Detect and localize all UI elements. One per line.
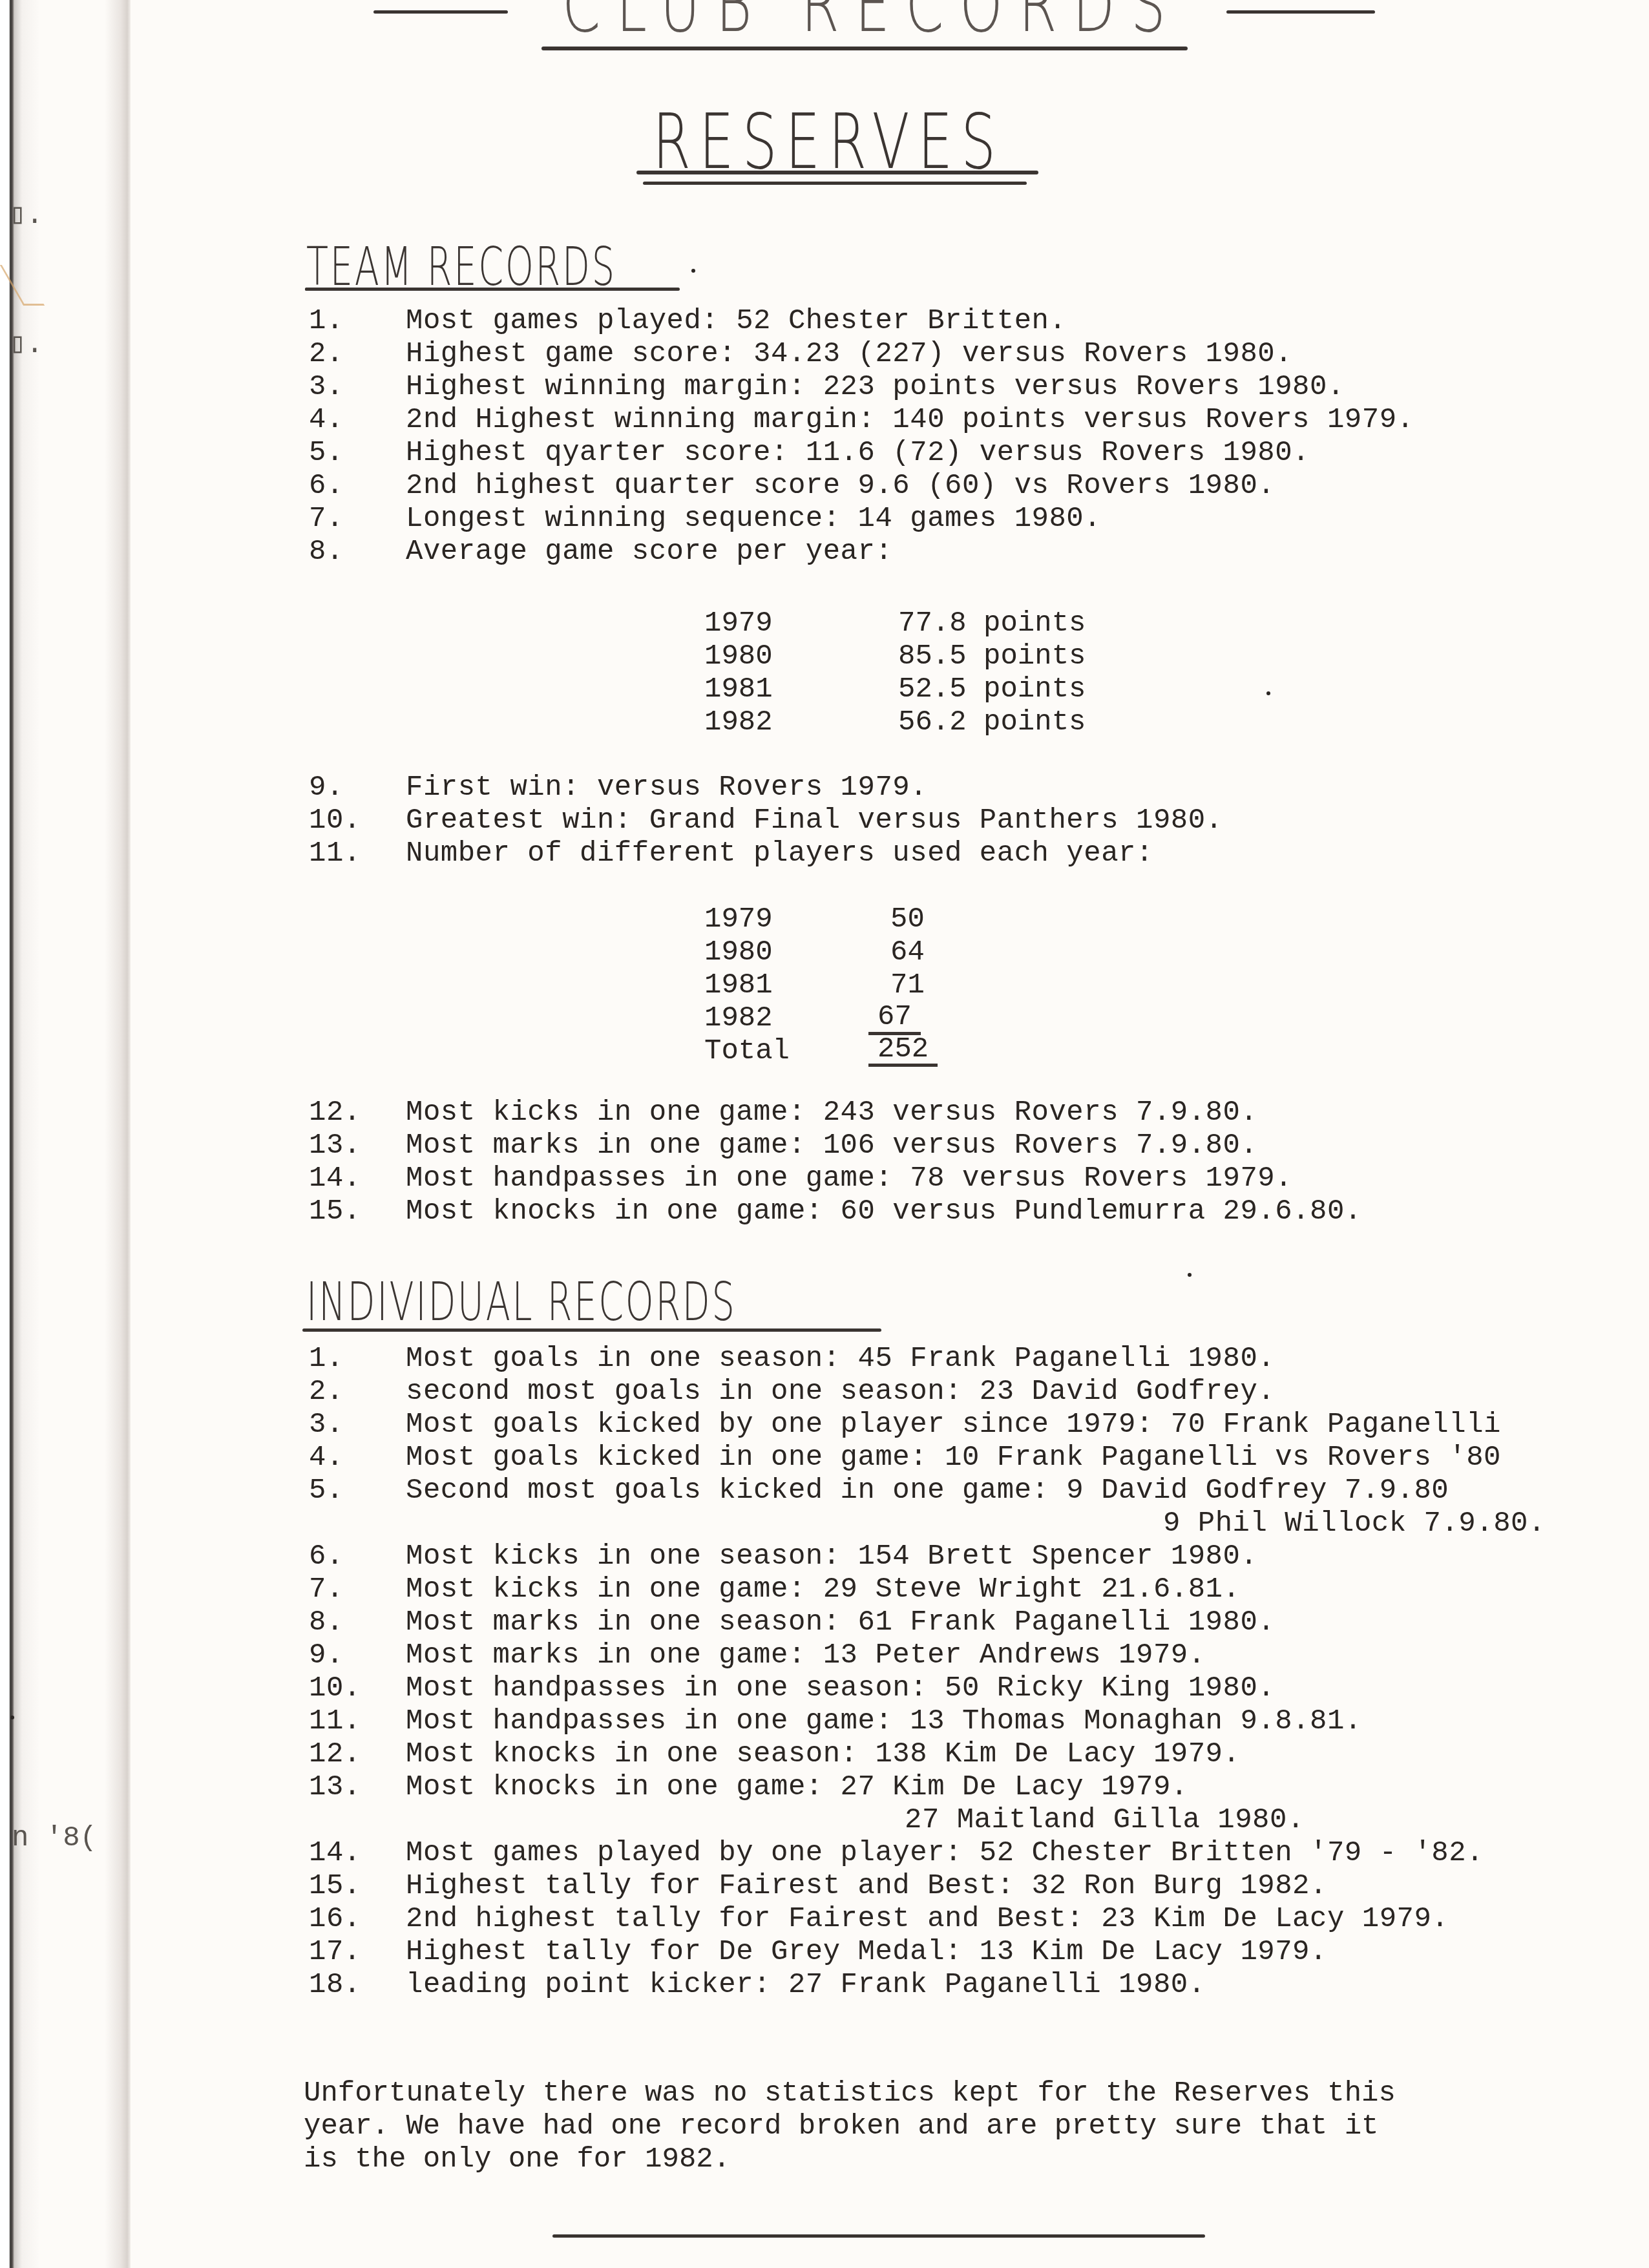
table-row: 198267 <box>704 1002 976 1035</box>
row-value: 77.8 points <box>898 607 1086 640</box>
row-value: 71 <box>890 969 925 1002</box>
item-number: 14. <box>309 1162 406 1195</box>
item-number: 3. <box>309 371 406 404</box>
reserves-underline-1 <box>636 171 1038 174</box>
item-text: Most handpasses in one game: 13 Thomas M… <box>406 1705 1362 1738</box>
item-text: Number of different players used each ye… <box>406 837 1153 870</box>
item-number: 10. <box>309 1672 406 1705</box>
item-text: Most kicks in one season: 154 Brett Spen… <box>406 1540 1257 1573</box>
speck <box>10 1716 14 1719</box>
row-value: 52.5 points <box>898 673 1086 706</box>
item-number: 6. <box>309 1540 406 1573</box>
item-number: 1. <box>309 1343 406 1376</box>
item-text: Highest qyarter score: 11.6 (72) versus … <box>406 437 1310 470</box>
bottom-rule <box>552 2234 1205 2238</box>
row-value: 252 <box>868 1035 938 1067</box>
row-label: 1980 <box>704 936 773 969</box>
item-number: 11. <box>309 837 406 870</box>
item-text: Second most goals kicked in one game: 9 … <box>406 1475 1449 1507</box>
item-text: Most goals kicked by one player since 19… <box>406 1409 1501 1442</box>
item-text: Highest winning margin: 223 points versu… <box>406 371 1345 404</box>
item-number: 1. <box>309 305 406 338</box>
title-dash-right <box>1226 10 1375 14</box>
players-used-table: 197950198064198171198267Total252 <box>704 903 976 1068</box>
item-number: 7. <box>309 1573 406 1606</box>
table-row: 198171 <box>704 969 976 1002</box>
item-number: 11. <box>309 1705 406 1738</box>
item-number: 18. <box>309 1969 406 2002</box>
item-number: 4. <box>309 404 406 437</box>
item-number: 14. <box>309 1837 406 1870</box>
reserves-underline-2 <box>643 182 1027 185</box>
item-number: 5. <box>309 437 406 470</box>
item-number: 15. <box>309 1870 406 1903</box>
table-row: 198152.5 points <box>704 673 1157 706</box>
row-value: 67 <box>868 1002 921 1035</box>
row-label: 1981 <box>704 969 773 1002</box>
item-number: 5. <box>309 1475 406 1507</box>
item-number: 9. <box>309 1639 406 1672</box>
item-text: Most marks in one game: 106 versus Rover… <box>406 1129 1257 1162</box>
item-number: 12. <box>309 1738 406 1771</box>
item-number: 15. <box>309 1195 406 1228</box>
item-text: Most handpasses in one game: 78 versus R… <box>406 1162 1292 1195</box>
item-text: First win: versus Rovers 1979. <box>406 772 927 804</box>
team-records-underline-full <box>305 288 680 291</box>
item-text: 2nd Highest winning margin: 140 points v… <box>406 404 1414 437</box>
item-number: 10. <box>309 804 406 837</box>
title-underline <box>541 47 1188 50</box>
table-row: 198256.2 points <box>704 706 1157 739</box>
item-text: Longest winning sequence: 14 games 1980. <box>406 503 1101 536</box>
table-row: Total252 <box>704 1035 976 1068</box>
item-text: 9 Phil Willock 7.9.80. <box>1163 1507 1546 1540</box>
row-label: 1979 <box>704 607 773 640</box>
speck <box>1188 1273 1192 1277</box>
item-number: 16. <box>309 1903 406 1936</box>
item-text: 2nd highest tally for Fairest and Best: … <box>406 1903 1449 1936</box>
item-text: Most goals kicked in one game: 10 Frank … <box>406 1442 1501 1475</box>
item-number: 8. <box>309 536 406 569</box>
item-number: 13. <box>309 1129 406 1162</box>
row-label: 1979 <box>704 903 773 936</box>
item-text: Most marks in one season: 61 Frank Pagan… <box>406 1606 1275 1639</box>
item-number: 4. <box>309 1442 406 1475</box>
page-title: CLUB RECORDS <box>562 0 1181 49</box>
item-text: Most marks in one game: 13 Peter Andrews… <box>406 1639 1206 1672</box>
item-text: Most kicks in one game: 243 versus Rover… <box>406 1097 1257 1129</box>
table-row: 197950 <box>704 903 976 936</box>
individual-records-underline <box>302 1328 881 1332</box>
item-text: 27 Maitland Gilla 1980. <box>905 1804 1305 1837</box>
row-value: 50 <box>890 903 925 936</box>
item-number: 9. <box>309 772 406 804</box>
table-row: 198064 <box>704 936 976 969</box>
item-number: 3. <box>309 1409 406 1442</box>
row-value: 64 <box>890 936 925 969</box>
table-row: 197977.8 points <box>704 607 1157 640</box>
item-text: Greatest win: Grand Final versus Panther… <box>406 804 1223 837</box>
row-label: 1982 <box>704 1002 773 1035</box>
item-text: Most kicks in one game: 29 Steve Wright … <box>406 1573 1240 1606</box>
item-text: Average game score per year: <box>406 536 892 569</box>
table-row: 198085.5 points <box>704 640 1157 673</box>
speck <box>691 269 695 273</box>
row-label: 1982 <box>704 706 773 739</box>
item-text: Most games played by one player: 52 Ches… <box>406 1837 1484 1870</box>
row-label: 1980 <box>704 640 773 673</box>
item-number: 8. <box>309 1606 406 1639</box>
average-score-table: 197977.8 points198085.5 points198152.5 p… <box>704 607 1157 739</box>
row-label: Total <box>704 1035 790 1068</box>
individual-records-heading: INDIVIDUAL RECORDS <box>306 1272 737 1333</box>
item-text: Most goals in one season: 45 Frank Pagan… <box>406 1343 1275 1376</box>
item-text: Highest game score: 34.23 (227) versus R… <box>406 338 1292 371</box>
title-dash-left <box>373 10 508 14</box>
item-text: Most handpasses in one season: 50 Ricky … <box>406 1672 1275 1705</box>
margin-fragment-dot: ▯. <box>9 197 43 232</box>
item-number: 17. <box>309 1936 406 1969</box>
item-number: 6. <box>309 470 406 503</box>
item-text: Most knocks in one season: 138 Kim De La… <box>406 1738 1240 1771</box>
item-text: Most knocks in one game: 27 Kim De Lacy … <box>406 1771 1188 1804</box>
item-text: Most games played: 52 Chester Britten. <box>406 305 1066 338</box>
item-number: 12. <box>309 1097 406 1129</box>
item-number: 2. <box>309 1376 406 1409</box>
item-text: 2nd highest quarter score 9.6 (60) vs Ro… <box>406 470 1275 503</box>
item-text: Highest tally for Fairest and Best: 32 R… <box>406 1870 1327 1903</box>
margin-fragment: n '8( <box>12 1822 97 1854</box>
speck <box>1266 691 1270 695</box>
row-label: 1981 <box>704 673 773 706</box>
item-text: Most knocks in one game: 60 versus Pundl… <box>406 1195 1362 1228</box>
item-number: 7. <box>309 503 406 536</box>
item-number: 13. <box>309 1771 406 1804</box>
item-number: 2. <box>309 338 406 371</box>
item-text: second most goals in one season: 23 Davi… <box>406 1376 1275 1409</box>
margin-fragment-dot: ▯. <box>9 326 43 361</box>
item-text: leading point kicker: 27 Frank Paganelli… <box>406 1969 1206 2002</box>
row-value: 85.5 points <box>898 640 1086 673</box>
row-value: 56.2 points <box>898 706 1086 739</box>
closing-note: Unfortunately there was no statistics ke… <box>304 2077 1583 2176</box>
item-text: Highest tally for De Grey Medal: 13 Kim … <box>406 1936 1327 1969</box>
